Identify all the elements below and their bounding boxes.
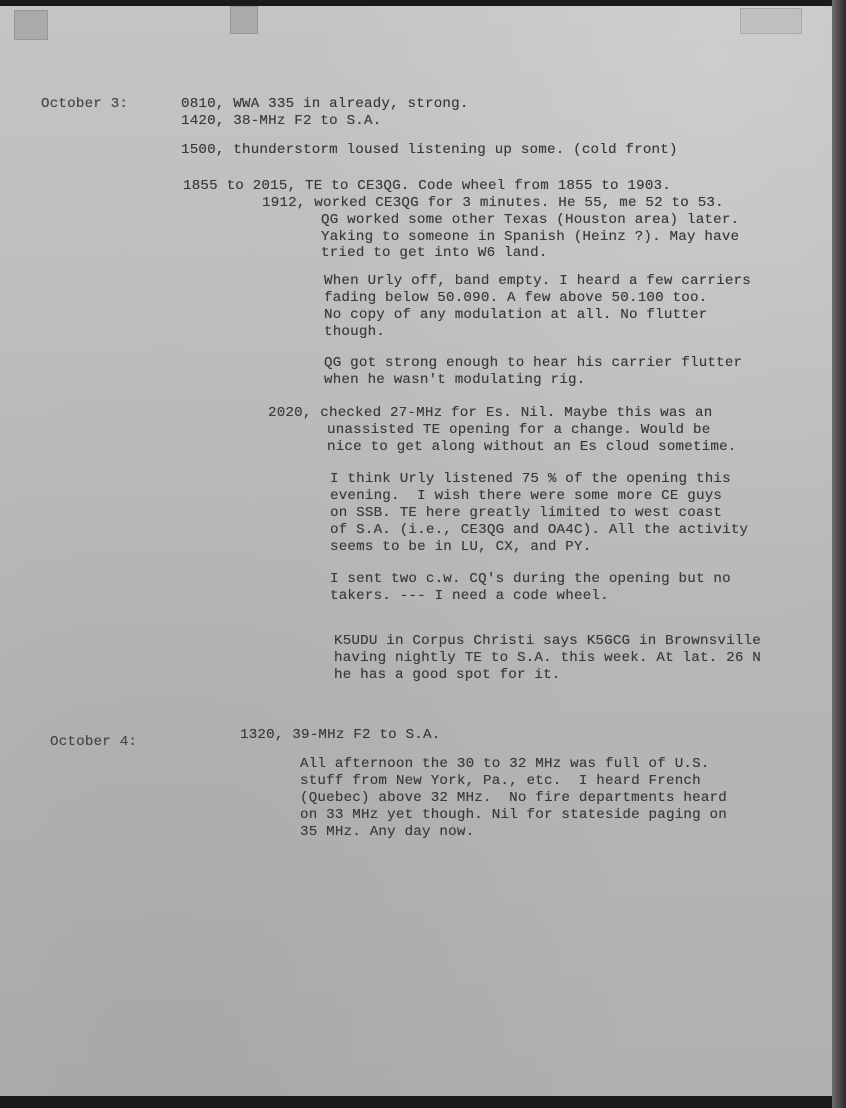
- log-line: K5UDU in Corpus Christi says K5GCG in Br…: [334, 633, 761, 649]
- log-line: All afternoon the 30 to 32 MHz was full …: [300, 756, 710, 772]
- log-line: 0810, WWA 335 in already, strong.: [181, 96, 469, 112]
- log-line: tried to get into W6 land.: [321, 245, 548, 261]
- log-line: QG got strong enough to hear his carrier…: [324, 355, 742, 371]
- tape-strip: [740, 8, 802, 34]
- log-line: QG worked some other Texas (Houston area…: [321, 212, 739, 228]
- log-line: stuff from New York, Pa., etc. I heard F…: [300, 773, 701, 789]
- log-line: 1912, worked CE3QG for 3 minutes. He 55,…: [262, 195, 724, 211]
- log-line: having nightly TE to S.A. this week. At …: [334, 650, 761, 666]
- tape-strip: [14, 10, 48, 40]
- log-line: Yaking to someone in Spanish (Heinz ?). …: [321, 229, 739, 245]
- log-line: I sent two c.w. CQ's during the opening …: [330, 571, 731, 587]
- entry-date-oct-3: October 3:: [41, 96, 128, 112]
- log-line: on SSB. TE here greatly limited to west …: [330, 505, 722, 521]
- log-line: 1855 to 2015, TE to CE3QG. Code wheel fr…: [183, 178, 671, 194]
- log-line: when he wasn't modulating rig.: [324, 372, 585, 388]
- entry-date-oct-4: October 4:: [50, 734, 137, 750]
- log-line: (Quebec) above 32 MHz. No fire departmen…: [300, 790, 727, 806]
- log-line: No copy of any modulation at all. No flu…: [324, 307, 707, 323]
- log-line: When Urly off, band empty. I heard a few…: [324, 273, 751, 289]
- log-line: nice to get along without an Es cloud so…: [327, 439, 737, 455]
- log-line: he has a good spot for it.: [334, 667, 561, 683]
- log-line: of S.A. (i.e., CE3QG and OA4C). All the …: [330, 522, 748, 538]
- log-line: 1420, 38-MHz F2 to S.A.: [181, 113, 381, 129]
- log-line: fading below 50.090. A few above 50.100 …: [324, 290, 707, 306]
- log-line: though.: [324, 324, 385, 340]
- tape-strip: [230, 6, 258, 34]
- log-line: on 33 MHz yet though. Nil for stateside …: [300, 807, 727, 823]
- page-edge-shadow: [832, 0, 846, 1108]
- log-line: 35 MHz. Any day now.: [300, 824, 474, 840]
- log-line: unassisted TE opening for a change. Woul…: [327, 422, 710, 438]
- log-line: seems to be in LU, CX, and PY.: [330, 539, 591, 555]
- log-line: takers. --- I need a code wheel.: [330, 588, 609, 604]
- log-line: I think Urly listened 75 % of the openin…: [330, 471, 731, 487]
- log-line: evening. I wish there were some more CE …: [330, 488, 722, 504]
- log-line: 2020, checked 27-MHz for Es. Nil. Maybe …: [268, 405, 712, 421]
- log-line: 1320, 39-MHz F2 to S.A.: [240, 727, 440, 743]
- log-line: 1500, thunderstorm loused listening up s…: [181, 142, 678, 158]
